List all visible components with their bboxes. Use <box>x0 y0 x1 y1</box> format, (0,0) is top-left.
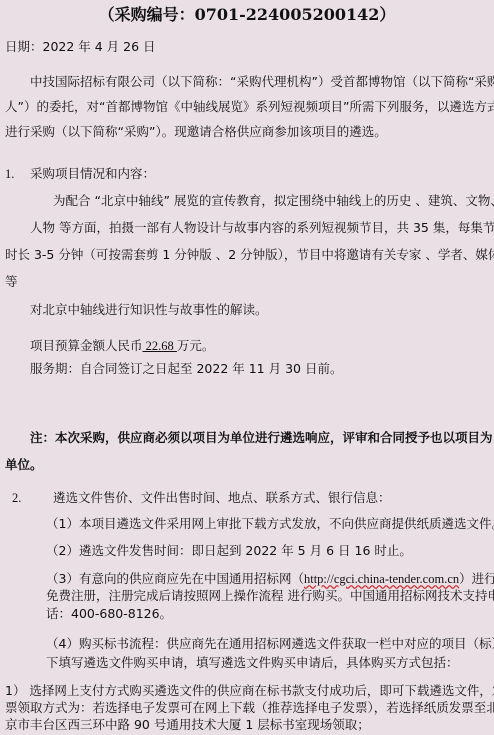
list-item-continuation: 话：400-680-8126。 <box>46 606 172 622</box>
section-heading: 采购项目情况和内容： <box>30 166 155 182</box>
sub-item: 1） 选择网上支付方式购买遴选文件的供应商在标书款支付成功后，即可下载遴选文件，… <box>5 683 494 699</box>
budget-value: 22.68 <box>143 339 177 353</box>
list-item: （2）遴选文件发售时间：即日起到 2022 年 5 月 6 日 16 时止。 <box>46 543 412 559</box>
service-period: 服务期：自合同签订之日起至 2022 年 11 月 30 日前。 <box>30 361 342 377</box>
website-link[interactable]: http://cgci.china-tender.com.cn <box>304 572 459 586</box>
intro-line: 进行采购（以下简称“采购”）。现邀请合格供应商参加该项目的遴选。 <box>5 124 387 140</box>
item-text: （3）有意向的供应商应先在中国通用招标网（ <box>46 571 304 586</box>
list-item-continuation: 免费注册，注册完成后请按照网上操作流程 进行购买。中国通用招标网技术支持电 <box>46 588 494 604</box>
section-body-line: 人物 等方面，拍摄一部有人物设计与故事内容的系列短视频节目，共 35 集，每集节… <box>30 220 494 236</box>
section-number: 1. <box>5 166 14 182</box>
budget-line: 项目预算金额人民币 22.68 万元。 <box>30 338 214 354</box>
section-heading: 遴选文件售价、文件出售时间、地点、联系方式、银行信息： <box>53 490 391 506</box>
budget-label: 项目预算金额人民币 <box>30 338 143 353</box>
list-item-continuation: 下填写遴选文件购买申请，填写遴选文件购买申请后，具体购买方式包括： <box>46 655 459 671</box>
note-line: 单位。 <box>5 457 43 473</box>
sub-item-continuation: 京市丰台区西三环中路 90 号通用技术大厦 1 层标书室现场领取； <box>5 717 370 733</box>
document-title: （采购编号：0701-224005200142） <box>0 5 494 25</box>
intro-line: 中技国际招标有限公司（以下简称：“采购代理机构”）受首都博物馆（以下简称“采购 <box>30 74 494 90</box>
item-text: ）进行 <box>459 571 494 586</box>
list-item: （1）本项目遴选文件采用网上审批下载方式发放，不向供应商提供纸质遴选文件。 <box>46 516 494 532</box>
section-body-line: 时长 3-5 分钟（可按需套剪 1 分钟版 、2 分钟版），节目中将邀请有关专家… <box>5 247 494 263</box>
list-item: （3）有意向的供应商应先在中国通用招标网（http://cgci.china-t… <box>46 571 494 587</box>
section-body-line: 为配合 “北京中轴线” 展览的宣传教育，拟定围绕中轴线上的历史 、建筑、文物、 <box>53 193 494 209</box>
sub-item-continuation: 票领取方式为：若选择电子发票可在网上下载（推荐选择电子发票），若选择纸质发票至北 <box>5 700 494 716</box>
intro-line: 人”）的委托，对“首都博物馆《中轴线展览》系列短视频项目”所需下列服务，以遴选方… <box>5 99 494 115</box>
date-line: 日期：2022 年 4 月 26 日 <box>5 39 156 55</box>
list-item: （4）购买标书流程：供应商先在通用招标网遴选文件获取一栏中对应的项目（标） <box>46 636 494 652</box>
section-body-line: 对北京中轴线进行知识性与故事性的解读。 <box>30 302 268 318</box>
budget-unit: 万元。 <box>177 338 215 353</box>
section-body-line: 等 <box>5 274 18 290</box>
note-line: 注：本次采购，供应商必须以项目为单位进行遴选响应，评审和合同授予也以项目为 <box>30 430 493 446</box>
section-number: 2. <box>12 490 21 506</box>
